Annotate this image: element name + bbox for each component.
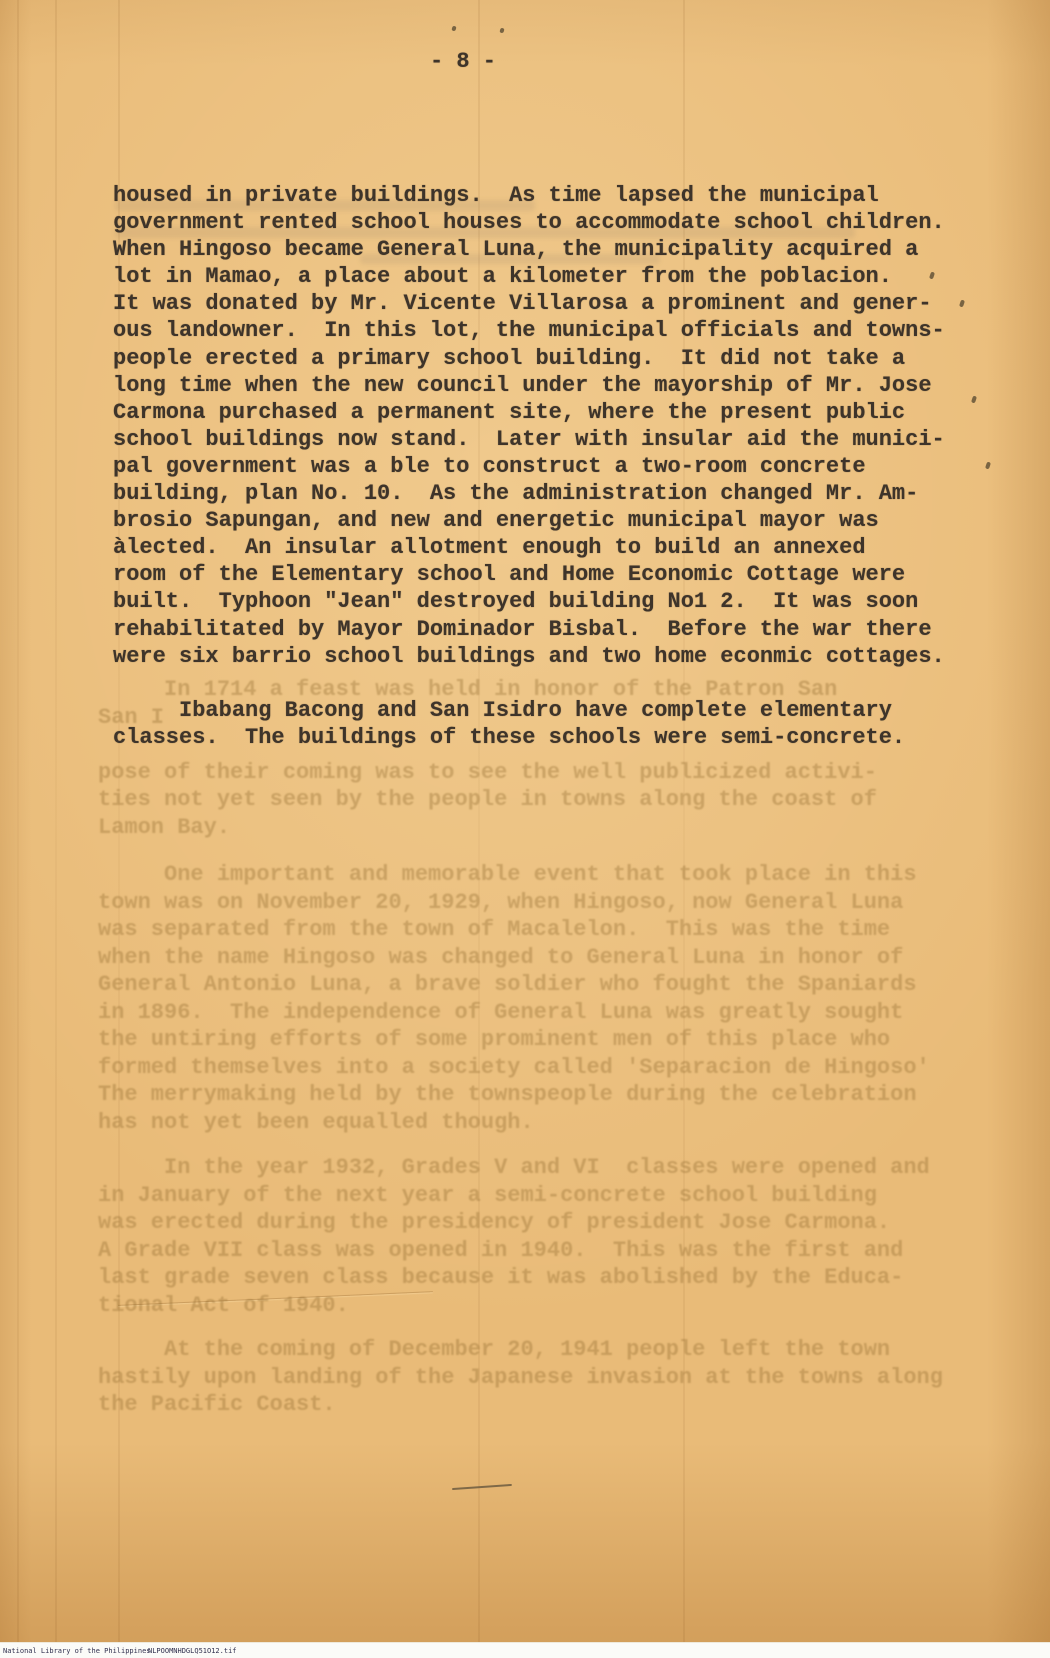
text-line: has not yet been equalled though. [98,1109,998,1137]
text-line: In the year 1932, Grades V and VI classe… [98,1154,998,1182]
typed-text-column: housed in private buildings. As time lap… [113,182,958,751]
text-line: At the coming of December 20, 1941 peopl… [98,1336,998,1364]
text-line: town was on November 20, 1929, when Hing… [98,889,998,917]
bleedthrough-paragraph-c: In the year 1932, Grades V and VI classe… [98,1154,998,1319]
text-line: Ibabang Bacong and San Isidro have compl… [113,697,958,724]
text-line: lot in Mamao, a place about a kilometer … [113,263,958,290]
bleedthrough-paragraph-b: One important and memorable event that t… [98,861,998,1136]
scan-page: In 1714 a feast was held in honor of the… [0,0,1050,1658]
text-line: was separated from the town of Macalelon… [98,916,998,944]
text-line: government rented school houses to accom… [113,209,958,236]
text-line: building, plan No. 10. As the administra… [113,480,958,507]
typed-paragraph-2: Ibabang Bacong and San Isidro have compl… [113,697,958,751]
paper-crease-vertical [17,0,19,1643]
library-name-label: National Library of the Philippines [3,1647,151,1655]
text-line: brosio Sapungan, and new and energetic m… [113,507,958,534]
text-line: ties not yet seen by the people in towns… [98,786,998,814]
text-line: When Hingoso became General Luna, the mu… [113,236,958,263]
typed-paragraph-1: housed in private buildings. As time lap… [113,182,958,670]
text-line: the Pacific Coast. [98,1391,998,1419]
ink-speck [499,28,504,34]
text-line: pal government was a ble to construct a … [113,453,958,480]
text-line: rehabilitated by Mayor Dominador Bisbal.… [113,616,958,643]
text-line: long time when the new council under the… [113,372,958,399]
text-line: were six barrio school buildings and two… [113,643,958,670]
text-line: was erected during the presidency of pre… [98,1209,998,1237]
ink-speck [959,300,965,308]
text-line: the untiring efforts of some prominent m… [98,1026,998,1054]
text-line: One important and memorable event that t… [98,861,998,889]
text-line: formed themselves into a society called … [98,1054,998,1082]
ink-speck [451,26,456,32]
text-line: Lamon Bay. [98,814,998,842]
page-number: - 8 - [430,48,496,75]
text-line: àlected. An insular allotment enough to … [113,534,958,561]
footer-bar: National Library of the Philippines NLPO… [0,1642,1050,1658]
text-line: housed in private buildings. As time lap… [113,182,958,209]
text-line: built. Typhoon "Jean" destroyed building… [113,588,958,615]
text-line: when the name Hingoso was changed to Gen… [98,944,998,972]
text-line: classes. The buildings of these schools … [113,724,958,751]
text-line: last grade seven class because it was ab… [98,1264,998,1292]
text-line: room of the Elementary school and Home E… [113,561,958,588]
text-line: ous landowner. In this lot, the municipa… [113,317,958,344]
bleedthrough-paragraph-d: At the coming of December 20, 1941 peopl… [98,1336,998,1419]
pencil-stroke [452,1484,512,1490]
text-line: The merrymaking held by the townspeople … [98,1081,998,1109]
scan-filename-label: NLPOOMNHDGLQ51O12.tif [148,1647,237,1655]
text-line: school buildings now stand. Later with i… [113,426,958,453]
ink-speck [985,462,991,470]
text-line: hastily upon landing of the Japanese inv… [98,1364,998,1392]
text-line: in 1896. The independence of General Lun… [98,999,998,1027]
text-line: It was donated by Mr. Vicente Villarosa … [113,290,958,317]
text-line: A Grade VII class was opened in 1940. Th… [98,1237,998,1265]
text-line: General Antonio Luna, a brave soldier wh… [98,971,998,999]
text-line: Carmona purchased a permanent site, wher… [113,399,958,426]
text-line: pose of their coming was to see the well… [98,759,998,787]
text-line: tional Act of 1940. [98,1292,998,1320]
paper-crease-vertical [55,0,57,1643]
text-line: in January of the next year a semi-concr… [98,1182,998,1210]
ink-speck [971,396,977,404]
text-line: people erected a primary school building… [113,345,958,372]
